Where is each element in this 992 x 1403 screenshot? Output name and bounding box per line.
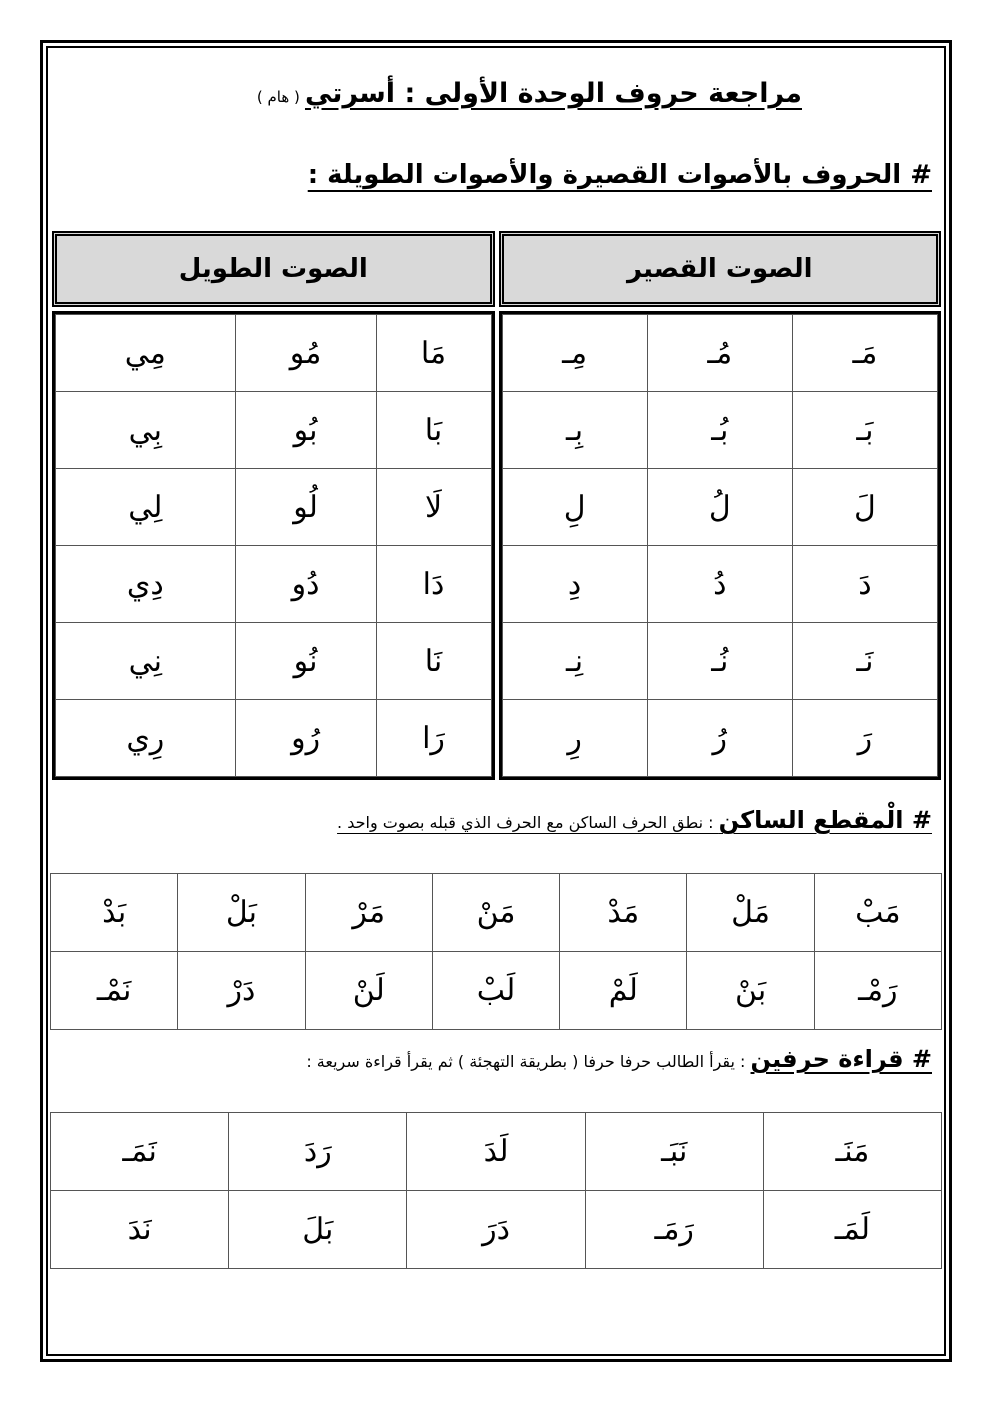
table-cell: نَا — [376, 623, 491, 700]
page-title: مراجعة حروف الوحدة الأولى : أسرتي ( هام … — [247, 78, 802, 109]
table-cell: نُو — [235, 623, 376, 700]
short-vowel-row: مَـمُـمِـ — [502, 315, 938, 392]
table-cell: نُـ — [647, 623, 792, 700]
table-cell: رِ — [502, 700, 647, 777]
table-cell: مِـ — [502, 315, 647, 392]
table-cell: رَمْـ — [814, 952, 941, 1030]
short-vowel-header: الصوت القصير — [499, 231, 942, 307]
short-vowel-row: نَـنُـنِـ — [502, 623, 938, 700]
vowels-table: الصوت القصير الصوت الطويل مَـمُـمِـبَـبُ… — [50, 231, 943, 780]
short-vowel-row: لَلُلِ — [502, 469, 938, 546]
table-cell: لُ — [647, 469, 792, 546]
table-cell: رِي — [56, 700, 236, 777]
table-cell: مَنْ — [432, 874, 559, 952]
table-cell: رَ — [792, 700, 937, 777]
section1-heading: # الحروف بالأصوات القصيرة والأصوات الطوي… — [308, 160, 932, 190]
section2-instruction: : نطق الحرف الساكن مع الحرف الذي قبله بص… — [337, 813, 719, 832]
table-cell: نَدَ — [51, 1191, 229, 1269]
table-cell: بُـ — [647, 392, 792, 469]
table-cell: مَنَـ — [763, 1113, 941, 1191]
table-cell: دَ — [792, 546, 937, 623]
table-cell: دَرْ — [178, 952, 305, 1030]
table-cell: بِـ — [502, 392, 647, 469]
table-row: مَبْمَلْمَدْمَنْمَرْبَلْبَدْ — [51, 874, 942, 952]
table-row: لَمَـرَمَـدَرَبَلَنَدَ — [51, 1191, 942, 1269]
table-cell: مِي — [56, 315, 236, 392]
section2-heading: # الْمقطع الساكن : نطق الحرف الساكن مع ا… — [337, 806, 932, 834]
table-cell: مُو — [235, 315, 376, 392]
table-cell: بُو — [235, 392, 376, 469]
table-cell: لِ — [502, 469, 647, 546]
long-vowel-row: بَابُوبِي — [56, 392, 492, 469]
title-note: ( هام ) — [257, 88, 300, 106]
table-cell: مَبْ — [814, 874, 941, 952]
table-cell: رَا — [376, 700, 491, 777]
two-letter-reading-table: مَنَـنَبَـلَدَرَدَنَمَـلَمَـرَمَـدَرَبَل… — [50, 1112, 942, 1269]
table-cell: مَـ — [792, 315, 937, 392]
table-cell: دُو — [235, 546, 376, 623]
table-cell: لَدَ — [407, 1113, 585, 1191]
long-vowel-row: مَامُومِي — [56, 315, 492, 392]
table-cell: لَنْ — [305, 952, 432, 1030]
table-cell: لَ — [792, 469, 937, 546]
title-main: مراجعة حروف الوحدة الأولى : أسرتي — [305, 78, 802, 109]
table-cell: مَدْ — [560, 874, 687, 952]
table-cell: نَمَـ — [51, 1113, 229, 1191]
table-cell: لُو — [235, 469, 376, 546]
table-cell: بَلْ — [178, 874, 305, 952]
table-cell: بَـ — [792, 392, 937, 469]
table-cell: لِي — [56, 469, 236, 546]
section3-title: # قراءة حرفين — [751, 1045, 932, 1073]
table-cell: بَا — [376, 392, 491, 469]
table-row: رَمْـبَنْلَمْلَبْلَنْدَرْنَمْـ — [51, 952, 942, 1030]
table-row: مَنَـنَبَـلَدَرَدَنَمَـ — [51, 1113, 942, 1191]
table-cell: نَبَـ — [585, 1113, 763, 1191]
table-cell: رُو — [235, 700, 376, 777]
short-vowel-row: دَدُدِ — [502, 546, 938, 623]
table-cell: دِ — [502, 546, 647, 623]
long-vowel-grid: مَامُومِيبَابُوبِيلَالُولِيدَادُودِينَان… — [52, 311, 495, 780]
table-cell: مَلْ — [687, 874, 814, 952]
long-vowel-row: نَانُونِي — [56, 623, 492, 700]
long-vowel-row: لَالُولِي — [56, 469, 492, 546]
table-cell: رُ — [647, 700, 792, 777]
long-vowel-header: الصوت الطويل — [52, 231, 495, 307]
section3-instruction: : يقرأ الطالب حرفا حرفا ( بطريقة التهجئة… — [306, 1052, 750, 1071]
table-cell: نِـ — [502, 623, 647, 700]
table-cell: بِي — [56, 392, 236, 469]
table-cell: رَدَ — [229, 1113, 407, 1191]
table-cell: دَا — [376, 546, 491, 623]
table-cell: دَرَ — [407, 1191, 585, 1269]
table-cell: رَمَـ — [585, 1191, 763, 1269]
table-cell: دُ — [647, 546, 792, 623]
sukun-syllables-table: مَبْمَلْمَدْمَنْمَرْبَلْبَدْرَمْـبَنْلَم… — [50, 873, 942, 1030]
section2-title: # الْمقطع الساكن — [719, 806, 932, 834]
short-vowel-row: بَـبُـبِـ — [502, 392, 938, 469]
short-vowel-grid: مَـمُـمِـبَـبُـبِـلَلُلِدَدُدِنَـنُـنِـر… — [499, 311, 942, 780]
table-cell: بَدْ — [51, 874, 178, 952]
long-vowel-row: رَارُورِي — [56, 700, 492, 777]
table-cell: لَا — [376, 469, 491, 546]
table-cell: نَـ — [792, 623, 937, 700]
short-vowel-row: رَرُرِ — [502, 700, 938, 777]
table-cell: نِي — [56, 623, 236, 700]
table-cell: دِي — [56, 546, 236, 623]
table-cell: لَمْ — [560, 952, 687, 1030]
table-cell: نَمْـ — [51, 952, 178, 1030]
section3-heading: # قراءة حرفين : يقرأ الطالب حرفا حرفا ( … — [306, 1045, 932, 1073]
table-cell: مُـ — [647, 315, 792, 392]
table-cell: مَا — [376, 315, 491, 392]
table-cell: مَرْ — [305, 874, 432, 952]
table-cell: بَلَ — [229, 1191, 407, 1269]
long-vowel-row: دَادُودِي — [56, 546, 492, 623]
table-cell: لَبْ — [432, 952, 559, 1030]
table-cell: بَنْ — [687, 952, 814, 1030]
table-cell: لَمَـ — [763, 1191, 941, 1269]
